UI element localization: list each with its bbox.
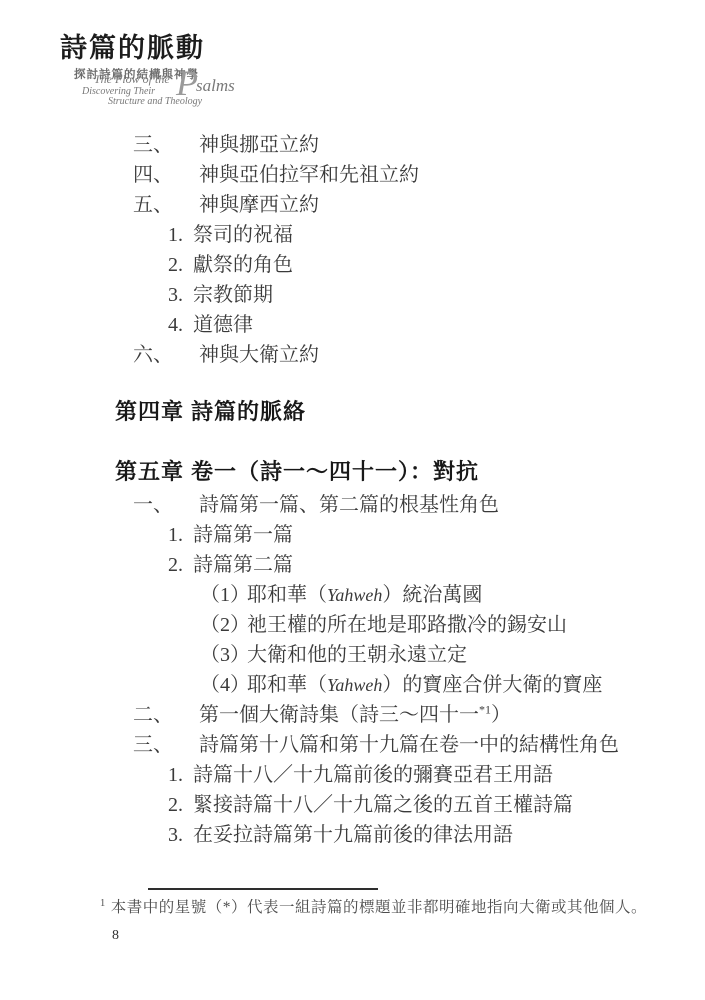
chapter-heading: 第五章卷一（詩一～四十一）：對抗	[115, 454, 675, 490]
logo-title: 詩篇的脈動	[60, 26, 280, 65]
item-text: 大衛和他的王朝永遠立定	[247, 640, 467, 670]
toc-item: 1.詩篇十八／十九篇前後的彌賽亞君王用語	[115, 760, 675, 790]
item-text: 祂王權的所在地是耶路撒冷的錫安山	[247, 610, 567, 640]
toc-item: （1）耶和華（Yahweh）統治萬國	[115, 580, 675, 610]
item-number: 三、	[133, 130, 199, 160]
item-text: 詩篇第十八篇和第十九篇在卷一中的結構性角色	[199, 730, 619, 760]
toc-item: （4）耶和華（Yahweh）的寶座合併大衛的寶座	[115, 670, 675, 700]
table-of-contents: 三、神與挪亞立約四、神與亞伯拉罕和先祖立約五、神與摩西立約1.祭司的祝福2.獻祭…	[115, 130, 675, 850]
item-text: 詩篇第一篇、第二篇的根基性角色	[199, 490, 499, 520]
item-number: 四、	[133, 160, 199, 190]
item-text: 詩篇的脈絡	[191, 394, 306, 430]
logo-english-line1: The Flow of the	[94, 72, 170, 87]
toc-item: 三、神與挪亞立約	[115, 130, 675, 160]
item-text: 道德律	[193, 310, 253, 340]
toc-item: 1.祭司的祝福	[115, 220, 675, 250]
item-number: 六、	[133, 340, 199, 370]
item-text: 神與挪亞立約	[199, 130, 319, 160]
item-number: 二、	[133, 700, 199, 730]
toc-item: 4.道德律	[115, 310, 675, 340]
item-number: 一、	[133, 490, 199, 520]
item-number: 第五章	[115, 454, 191, 490]
toc-item: 一、詩篇第一篇、第二篇的根基性角色	[115, 490, 675, 520]
item-text: 卷一（詩一～四十一）：對抗	[191, 454, 479, 490]
item-text: 在妥拉詩篇第十九篇前後的律法用語	[193, 820, 513, 850]
item-number: （4）	[200, 670, 247, 700]
item-text: 宗教節期	[193, 280, 273, 310]
footnote-text: 本書中的星號（*）代表一組詩篇的標題並非都明確地指向大衛或其他個人。	[111, 899, 647, 916]
toc-item: 2.緊接詩篇十八／十九篇之後的五首王權詩篇	[115, 790, 675, 820]
item-number: 1.	[168, 520, 193, 550]
item-number: （3）	[200, 640, 247, 670]
footnote-divider	[148, 888, 378, 890]
item-text: 詩篇第一篇	[193, 520, 293, 550]
item-text: 祭司的祝福	[193, 220, 293, 250]
item-number: （1）	[200, 580, 247, 610]
item-number: 五、	[133, 190, 199, 220]
toc-item: 2.獻祭的角色	[115, 250, 675, 280]
item-number: 1.	[168, 220, 193, 250]
toc-item: 六、神與大衛立約	[115, 340, 675, 370]
item-text: 獻祭的角色	[193, 250, 293, 280]
item-text: 神與大衛立約	[199, 340, 319, 370]
toc-item: 四、神與亞伯拉罕和先祖立約	[115, 160, 675, 190]
item-text: 神與亞伯拉罕和先祖立約	[199, 160, 419, 190]
toc-item: 三、詩篇第十八篇和第十九篇在卷一中的結構性角色	[115, 730, 675, 760]
item-text: 詩篇第二篇	[193, 550, 293, 580]
item-number: 2.	[168, 250, 193, 280]
publisher-logo: 詩篇的脈動 探討詩篇的結構與神學 The Flow of the P salms…	[60, 26, 280, 112]
item-text: 第一個大衛詩集（詩三～四十一*1）	[199, 700, 511, 730]
item-number: 2.	[168, 550, 193, 580]
item-number: 4.	[168, 310, 193, 340]
page-number: 8	[112, 928, 119, 944]
logo-english-line3: Structure and Theology	[108, 96, 202, 107]
toc-item: 3.宗教節期	[115, 280, 675, 310]
book-page: 詩篇的脈動 探討詩篇的結構與神學 The Flow of the P salms…	[0, 0, 705, 1000]
item-number: （2）	[200, 610, 247, 640]
item-number: 3.	[168, 820, 193, 850]
logo-english-script: The Flow of the P salms Discovering Thei…	[60, 70, 280, 112]
item-text: 詩篇十八／十九篇前後的彌賽亞君王用語	[193, 760, 553, 790]
toc-item: 3.在妥拉詩篇第十九篇前後的律法用語	[115, 820, 675, 850]
toc-item: 五、神與摩西立約	[115, 190, 675, 220]
toc-item: 二、第一個大衛詩集（詩三～四十一*1）	[115, 700, 675, 730]
toc-item: （2）祂王權的所在地是耶路撒冷的錫安山	[115, 610, 675, 640]
toc-item: 2.詩篇第二篇	[115, 550, 675, 580]
item-text: 緊接詩篇十八／十九篇之後的五首王權詩篇	[193, 790, 573, 820]
item-number: 2.	[168, 790, 193, 820]
chapter-heading: 第四章詩篇的脈絡	[115, 394, 675, 430]
item-text: 神與摩西立約	[199, 190, 319, 220]
footnote-marker: 1	[100, 898, 106, 909]
toc-item: 1.詩篇第一篇	[115, 520, 675, 550]
item-number: 1.	[168, 760, 193, 790]
item-number: 三、	[133, 730, 199, 760]
item-text: 耶和華（Yahweh）統治萬國	[247, 580, 482, 610]
logo-english-line1-rest: salms	[196, 76, 235, 96]
item-number: 第四章	[115, 394, 191, 430]
toc-item: （3）大衛和他的王朝永遠立定	[115, 640, 675, 670]
item-number: 3.	[168, 280, 193, 310]
item-text: 耶和華（Yahweh）的寶座合併大衛的寶座	[247, 670, 602, 700]
footnote: 1本書中的星號（*）代表一組詩篇的標題並非都明確地指向大衛或其他個人。	[100, 894, 650, 918]
